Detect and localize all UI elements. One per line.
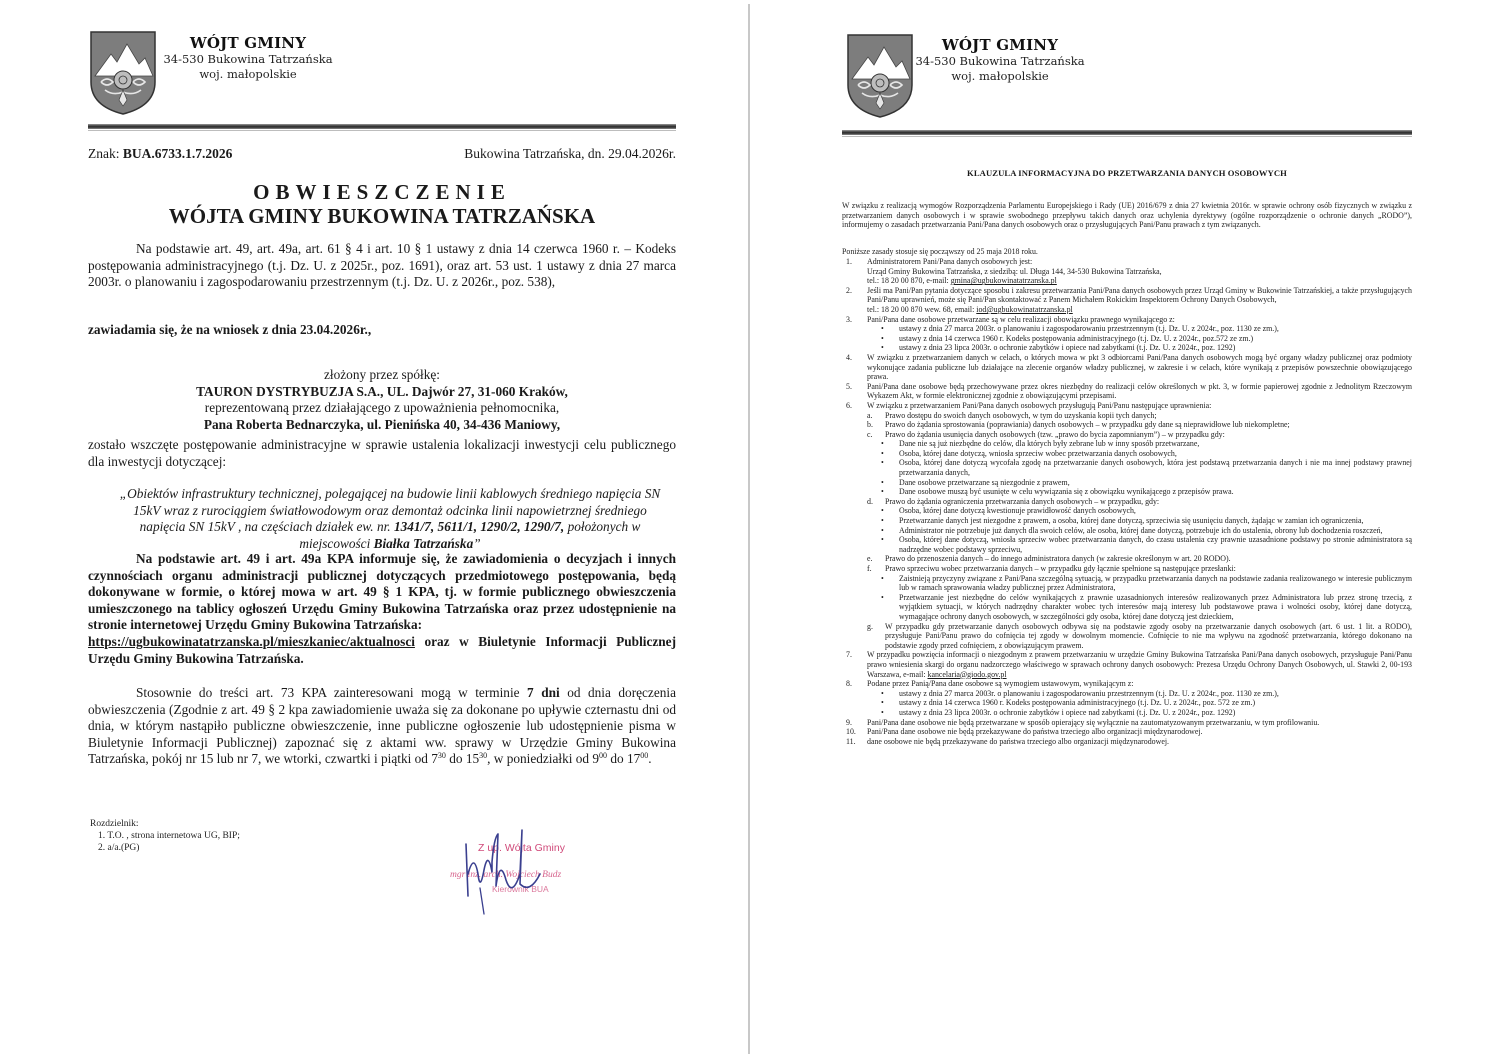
letterhead-address: 34-530 Bukowina Tatrzańska: [912, 54, 1088, 69]
bullet-icon: •: [881, 526, 899, 536]
clause-text: Pani/Pana dane osobowe nie będą przetwar…: [867, 718, 1412, 728]
document-meta: Znak: BUA.6733.1.7.2026 Bukowina Tatrzań…: [88, 146, 676, 162]
clause-item: 1.Administratorem Pani/Pana danych osobo…: [842, 257, 1412, 286]
clause-bullet: •Osoba, której dane dotyczą kwestionuje …: [867, 506, 1412, 516]
clause-bullet: •Osoba, której dane dotyczą, wniosła spr…: [867, 535, 1412, 554]
clause-body: W związku z przetwarzaniem danych w cela…: [867, 353, 1412, 382]
clause-body: Jeśli ma Pani/Pan pytania dotyczące spos…: [867, 286, 1412, 315]
bullet-text: ustawy z dnia 23 lipca 2003r. o ochronie…: [899, 708, 1412, 718]
subitem-letter: g.: [867, 622, 885, 651]
bullet-icon: •: [881, 487, 899, 497]
clause-item: 8.Podane przez Panią/Pana dane osobowe s…: [842, 679, 1412, 717]
clause-subitem-row: d.Prawo do żądania ograniczenia przetwar…: [867, 497, 1412, 507]
announcements-link[interactable]: https://ugbukowinatatrzanska.pl/mieszkan…: [88, 634, 415, 649]
distribution-item: 2. a/a.(PG): [98, 842, 240, 854]
header-divider: [88, 124, 676, 129]
letterhead-title: WÓJT GMINY: [912, 36, 1088, 54]
letterhead-region: woj. małopolskie: [912, 69, 1088, 84]
clause-title: KLAUZULA INFORMACYJNA DO PRZETWARZANIA D…: [842, 168, 1412, 178]
notice-subtitle: WÓJTA GMINY BUKOWINA TATRZAŃSKA: [88, 204, 676, 228]
clause-item: 4.W związku z przetwarzaniem danych w ce…: [842, 353, 1412, 382]
bullet-icon: •: [881, 439, 899, 449]
clause-number: 9.: [842, 718, 867, 728]
clause-item: 11.dane osobowe nie będą przekazywane do…: [842, 737, 1412, 747]
clause-subitem: g.W przypadku gdy przetwarzanie danych o…: [867, 622, 1412, 651]
bullet-text: ustawy z dnia 27 marca 2003r. o planowan…: [899, 324, 1412, 334]
clause-bullet: •Osoba, której dane dotyczą, wniosła spr…: [867, 449, 1412, 459]
investment-description: „Obiektów infrastruktury technicznej, po…: [110, 486, 670, 552]
bullet-text: Dane osobowe przetwarzane są niezgodnie …: [899, 478, 1412, 488]
clause-items-list: 1.Administratorem Pani/Pana danych osobo…: [842, 257, 1412, 746]
bullet-text: Przetwarzanie jest niezbędne do celów wy…: [899, 593, 1412, 622]
clause-bullet: •Przetwarzanie jest niezbędne do celów w…: [867, 593, 1412, 622]
bullet-text: Przetwarzanie danych jest niezgodne z pr…: [899, 516, 1412, 526]
bullet-text: Osoba, której dane dotyczą, wniosła sprz…: [899, 449, 1412, 459]
subitem-text: Prawo sprzeciwu wobec przetwarzania dany…: [885, 564, 1236, 574]
clause-body: Administratorem Pani/Pana danych osobowy…: [867, 257, 1412, 286]
email-link[interactable]: gmina@ugbukowinatatrzanska.pl: [951, 276, 1057, 285]
distribution-item: 1. T.O. , strona internetowa UG, BIP;: [98, 830, 240, 842]
clause-text: Podane przez Panią/Pana dane osobowe są …: [867, 679, 1412, 689]
clause-bullet: •ustawy z dnia 27 marca 2003r. o planowa…: [867, 324, 1412, 334]
clause-subitem: e.Prawo do przenoszenia danych – do inne…: [867, 554, 1412, 564]
clause-body: W przypadku powzięcia informacji o niezg…: [867, 650, 1412, 679]
clause-contact: tel.: 18 20 00 870, e-mail: gmina@ugbuko…: [867, 276, 1412, 286]
bullet-text: Osoba, której dane dotyczą kwestionuje p…: [899, 506, 1412, 516]
clause-number: 7.: [842, 650, 867, 679]
bullet-text: Zaistnieją przyczyny związane z Pani/Pan…: [899, 574, 1412, 593]
clause-item: 10.Pani/Pana dane osobowe nie będą przek…: [842, 727, 1412, 737]
bullet-text: Administrator nie potrzebuje już danych …: [899, 526, 1412, 536]
clause-body: W związku z przetwarzaniem Pani/Pana dan…: [867, 401, 1412, 650]
clause-number: 8.: [842, 679, 867, 717]
represented-by-label: reprezentowaną przez działającego z upow…: [88, 400, 676, 417]
bullet-icon: •: [881, 708, 899, 718]
signature-stamp: Z up. Wójta Gminy mgr inż. arch. Wojciec…: [450, 826, 620, 916]
clause-item: 9.Pani/Pana dane osobowe nie będą przetw…: [842, 718, 1412, 728]
clause-intro: W związku z realizacją wymogów Rozporząd…: [842, 201, 1412, 230]
email-link[interactable]: kancelaria@giodo.gov.pl: [928, 670, 1007, 679]
clause-bullet: •Dane nie są już niezbędne do celów, dla…: [867, 439, 1412, 449]
applicant-block: złożony przez spółkę: TAURON DYSTRYBUZJA…: [88, 367, 676, 433]
clause-bullet: •Przetwarzanie danych jest niezgodne z p…: [867, 516, 1412, 526]
letterhead: WÓJT GMINY 34-530 Bukowina Tatrzańska wo…: [160, 34, 336, 82]
clause-subitem: a.Prawo dostępu do swoich danych osobowy…: [867, 411, 1412, 421]
deadline-paragraph: Stosownie do treści art. 73 KPA zaintere…: [88, 685, 676, 768]
clause-body: dane osobowe nie będą przekazywane do pa…: [867, 737, 1412, 747]
bullet-text: ustawy z dnia 14 czerwca 1960 r. Kodeks …: [899, 698, 1412, 708]
clause-contact: tel.: 18 20 00 870 wew. 68, email: iod@u…: [867, 305, 1412, 315]
subitem-text: Prawo do przenoszenia danych – do innego…: [885, 554, 1231, 564]
clause-number: 2.: [842, 286, 867, 315]
email-link[interactable]: iod@ugbukowinatatrzanska.pl: [976, 305, 1072, 314]
bullet-icon: •: [881, 334, 899, 344]
proceeding-started-paragraph: zostało wszczęte postępowanie administra…: [88, 437, 676, 470]
clause-number: 4.: [842, 353, 867, 382]
clause-subitem-row: e.Prawo do przenoszenia danych – do inne…: [867, 554, 1412, 564]
clause-text: W związku z przetwarzaniem Pani/Pana dan…: [867, 401, 1412, 411]
clause-bullet: •ustawy z dnia 14 czerwca 1960 r. Kodeks…: [867, 698, 1412, 708]
bullet-icon: •: [881, 535, 899, 554]
clause-subitem: c.Prawo do żądania usunięcia danych osob…: [867, 430, 1412, 497]
clause-bullet: •Dane osobowe przetwarzane są niezgodnie…: [867, 478, 1412, 488]
clause-subitem: f.Prawo sprzeciwu wobec przetwarzania da…: [867, 564, 1412, 622]
legal-basis-paragraph: Na podstawie art. 49, art. 49a, art. 61 …: [88, 241, 676, 291]
subitem-letter: e.: [867, 554, 885, 564]
clause-body: Pani/Pana dane osobowe nie będą przetwar…: [867, 718, 1412, 728]
clause-subitem-row: g.W przypadku gdy przetwarzanie danych o…: [867, 622, 1412, 651]
bullet-icon: •: [881, 458, 899, 477]
clause-subitem-row: b.Prawo do żądania sprostowania (poprawi…: [867, 420, 1412, 430]
clause-bullet: •Administrator nie potrzebuje już danych…: [867, 526, 1412, 536]
clause-text: Administratorem Pani/Pana danych osobowy…: [867, 257, 1412, 267]
clause-text: Pani/Pana dane osobowe będą przechowywan…: [867, 382, 1412, 401]
subitem-text: Prawo do żądania sprostowania (poprawian…: [885, 420, 1290, 430]
kpa-info-paragraph: Na podstawie art. 49 i art. 49a KPA info…: [88, 551, 676, 667]
bullet-text: Dane nie są już niezbędne do celów, dla …: [899, 439, 1412, 449]
bullet-text: Osoba, której dane dotyczą wycofała zgod…: [899, 458, 1412, 477]
bullet-icon: •: [881, 574, 899, 593]
subitem-text: Prawo do żądania ograniczenia przetwarza…: [885, 497, 1159, 507]
clause-bullet: •ustawy z dnia 27 marca 2003r. o planowa…: [867, 689, 1412, 699]
clause-item: 7.W przypadku powzięcia informacji o nie…: [842, 650, 1412, 679]
subitem-text: Prawo dostępu do swoich danych osobowych…: [885, 411, 1157, 421]
bullet-icon: •: [881, 478, 899, 488]
letterhead-title: WÓJT GMINY: [160, 34, 336, 52]
clause-text: Jeśli ma Pani/Pan pytania dotyczące spos…: [867, 286, 1412, 305]
header-divider: [842, 130, 1412, 135]
clause-body: Pani/Pana dane osobowe przetwarzane są w…: [867, 315, 1412, 353]
distribution-list: Rozdzielnik: 1. T.O. , strona internetow…: [90, 818, 240, 854]
company-name: TAURON DYSTRYBUZJA S.A., UL. Dajwór 27, …: [88, 384, 676, 401]
subitem-letter: c.: [867, 430, 885, 440]
bullet-icon: •: [881, 324, 899, 334]
coat-of-arms-icon: [89, 30, 157, 116]
clause-bullet: •Osoba, której dane dotyczą wycofała zgo…: [867, 458, 1412, 477]
bullet-icon: •: [881, 689, 899, 699]
clause-subitem: b.Prawo do żądania sprostowania (poprawi…: [867, 420, 1412, 430]
coat-of-arms-icon: [846, 33, 914, 119]
place-date: Bukowina Tatrzańska, dn. 29.04.2026r.: [464, 146, 676, 162]
clause-subitem: d.Prawo do żądania ograniczenia przetwar…: [867, 497, 1412, 555]
clause-bullet: •ustawy z dnia 23 lipca 2003r. o ochroni…: [867, 343, 1412, 353]
subitem-letter: b.: [867, 420, 885, 430]
clause-text: dane osobowe nie będą przekazywane do pa…: [867, 737, 1412, 747]
subitem-letter: a.: [867, 411, 885, 421]
clause-subitem-row: a.Prawo dostępu do swoich danych osobowy…: [867, 411, 1412, 421]
clause-body: Podane przez Panią/Pana dane osobowe są …: [867, 679, 1412, 717]
bullet-text: Osoba, której dane dotyczą, wniosła sprz…: [899, 535, 1412, 554]
clause-number: 6.: [842, 401, 867, 650]
clause-item: 5.Pani/Pana dane osobowe będą przechowyw…: [842, 382, 1412, 401]
privacy-clause-page: WÓJT GMINY 34-530 Bukowina Tatrzańska wo…: [750, 0, 1500, 1061]
subitem-text: W przypadku gdy przetwarzanie danych oso…: [885, 622, 1412, 651]
clause-text: W przypadku powzięcia informacji o niezg…: [867, 650, 1412, 679]
notice-title: OBWIESZCZENIE: [88, 180, 676, 204]
clause-bullet: •Dane osobowe muszą być usunięte w celu …: [867, 487, 1412, 497]
clause-subitem-row: f.Prawo sprzeciwu wobec przetwarzania da…: [867, 564, 1412, 574]
clause-number: 3.: [842, 315, 867, 353]
subitem-letter: f.: [867, 564, 885, 574]
subitem-text: Prawo do żądania usunięcia danych osobow…: [885, 430, 1225, 440]
bullet-text: Dane osobowe muszą być usunięte w celu w…: [899, 487, 1412, 497]
clause-start-date: Poniższe zasady stosuje się począwszy od…: [842, 247, 1412, 257]
bullet-icon: •: [881, 516, 899, 526]
distribution-title: Rozdzielnik:: [90, 818, 240, 830]
bullet-text: ustawy z dnia 23 lipca 2003r. o ochronie…: [899, 343, 1412, 353]
bullet-icon: •: [881, 698, 899, 708]
submitted-by-label: złożony przez spółkę:: [88, 367, 676, 384]
clause-item: 6.W związku z przetwarzaniem Pani/Pana d…: [842, 401, 1412, 650]
representative-name: Pana Roberta Bednarczyka, ul. Pienińska …: [88, 417, 676, 434]
clause-text: Pani/Pana dane osobowe przetwarzane są w…: [867, 315, 1412, 325]
clause-body: Pani/Pana dane osobowe nie będą przekazy…: [867, 727, 1412, 737]
clause-subitem-row: c.Prawo do żądania usunięcia danych osob…: [867, 430, 1412, 440]
bullet-text: ustawy z dnia 27 marca 2003r. o planowan…: [899, 689, 1412, 699]
letterhead: WÓJT GMINY 34-530 Bukowina Tatrzańska wo…: [912, 36, 1088, 84]
handwritten-signature-icon: [450, 826, 620, 916]
clause-item: 2.Jeśli ma Pani/Pan pytania dotyczące sp…: [842, 286, 1412, 315]
clause-number: 5.: [842, 382, 867, 401]
clause-number: 1.: [842, 257, 867, 286]
clause-text: W związku z przetwarzaniem danych w cela…: [867, 353, 1412, 382]
bullet-icon: •: [881, 506, 899, 516]
bullet-icon: •: [881, 343, 899, 353]
bullet-text: ustawy z dnia 14 czerwca 1960 r. Kodeks …: [899, 334, 1412, 344]
reference-number: Znak: BUA.6733.1.7.2026: [88, 146, 232, 162]
clause-text: Urząd Gminy Bukowina Tatrzańska, z siedz…: [867, 267, 1412, 277]
notification-line: zawiadamia się, że na wniosek z dnia 23.…: [88, 322, 676, 339]
clause-body: Pani/Pana dane osobowe będą przechowywan…: [867, 382, 1412, 401]
subitem-letter: d.: [867, 497, 885, 507]
clause-bullet: •Zaistnieją przyczyny związane z Pani/Pa…: [867, 574, 1412, 593]
bullet-icon: •: [881, 593, 899, 622]
letterhead-address: 34-530 Bukowina Tatrzańska: [160, 52, 336, 67]
clause-text: Pani/Pana dane osobowe nie będą przekazy…: [867, 727, 1412, 737]
clause-number: 10.: [842, 727, 867, 737]
bullet-icon: •: [881, 449, 899, 459]
notice-page: WÓJT GMINY 34-530 Bukowina Tatrzańska wo…: [0, 0, 748, 1061]
clause-bullet: •ustawy z dnia 14 czerwca 1960 r. Kodeks…: [867, 334, 1412, 344]
clause-number: 11.: [842, 737, 867, 747]
clause-bullet: •ustawy z dnia 23 lipca 2003r. o ochroni…: [867, 708, 1412, 718]
letterhead-region: woj. małopolskie: [160, 67, 336, 82]
clause-item: 3.Pani/Pana dane osobowe przetwarzane są…: [842, 315, 1412, 353]
